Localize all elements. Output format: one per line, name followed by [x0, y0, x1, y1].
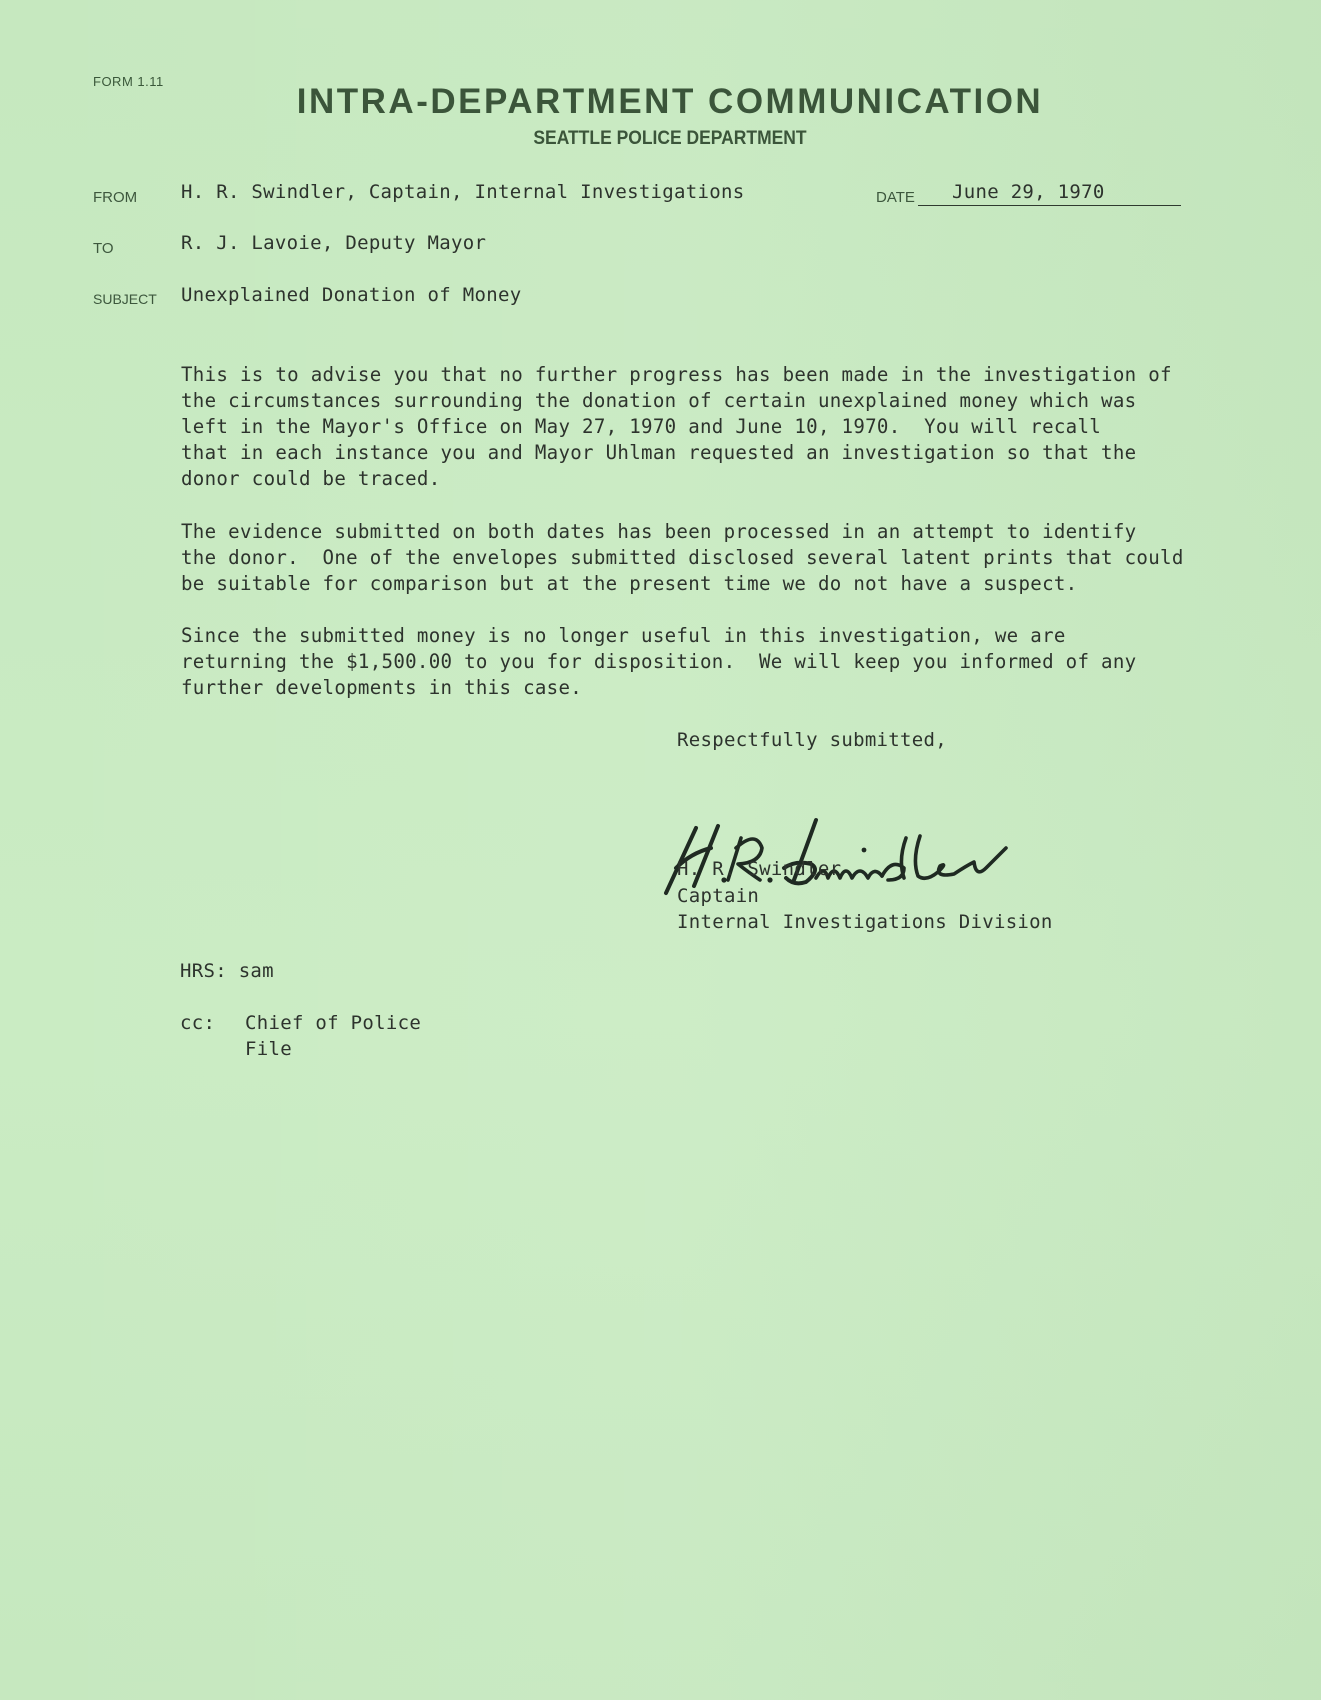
subject-label: SUBJECT — [93, 291, 157, 307]
body-line: The evidence submitted on both dates has… — [181, 519, 1301, 545]
body-line: left in the Mayor's Office on May 27, 19… — [181, 414, 1301, 440]
signer-rank: Captain — [677, 885, 759, 907]
signer-division: Internal Investigations Division — [677, 911, 1053, 933]
body-line: returning the $1,500.00 to you for dispo… — [181, 649, 1301, 675]
organization-name: SEATTLE POLICE DEPARTMENT — [317, 128, 1024, 150]
from-label: FROM — [93, 189, 137, 206]
form-title: INTRA-DEPARTMENT COMMUNICATION — [286, 82, 1054, 122]
body-line: Since the submitted money is no longer u… — [181, 623, 1301, 649]
body-line: the donor. One of the envelopes submitte… — [181, 545, 1301, 571]
body-line: This is to advise you that no further pr… — [181, 362, 1301, 388]
body-line: further developments in this case. — [181, 675, 1301, 701]
cc-recipient: File — [245, 1038, 292, 1060]
body-paragraph-1: This is to advise you that no further pr… — [181, 362, 1301, 492]
form-number: FORM 1.11 — [93, 74, 164, 89]
body-line: the circumstances surrounding the donati… — [181, 388, 1301, 414]
to-label: TO — [93, 240, 114, 257]
to-value: R. J. Lavoie, Deputy Mayor — [181, 232, 486, 254]
body-line: that in each instance you and Mayor Uhlm… — [181, 440, 1301, 466]
body-paragraph-2: The evidence submitted on both dates has… — [181, 519, 1301, 597]
subject-value: Unexplained Donation of Money — [181, 284, 521, 306]
closing-salutation: Respectfully submitted, — [677, 729, 947, 751]
typist-initials: HRS: sam — [180, 960, 274, 982]
signer-name: H. R. Swindler — [677, 858, 841, 880]
body-paragraph-3: Since the submitted money is no longer u… — [181, 623, 1301, 701]
cc-recipient: Chief of Police — [245, 1012, 421, 1034]
body-line: donor could be traced. — [181, 466, 1301, 492]
cc-label: cc: — [180, 1012, 215, 1034]
from-value: H. R. Swindler, Captain, Internal Invest… — [181, 181, 744, 203]
body-line: be suitable for comparison but at the pr… — [181, 571, 1301, 597]
date-value: June 29, 1970 — [952, 181, 1105, 203]
date-label: DATE — [876, 189, 915, 206]
